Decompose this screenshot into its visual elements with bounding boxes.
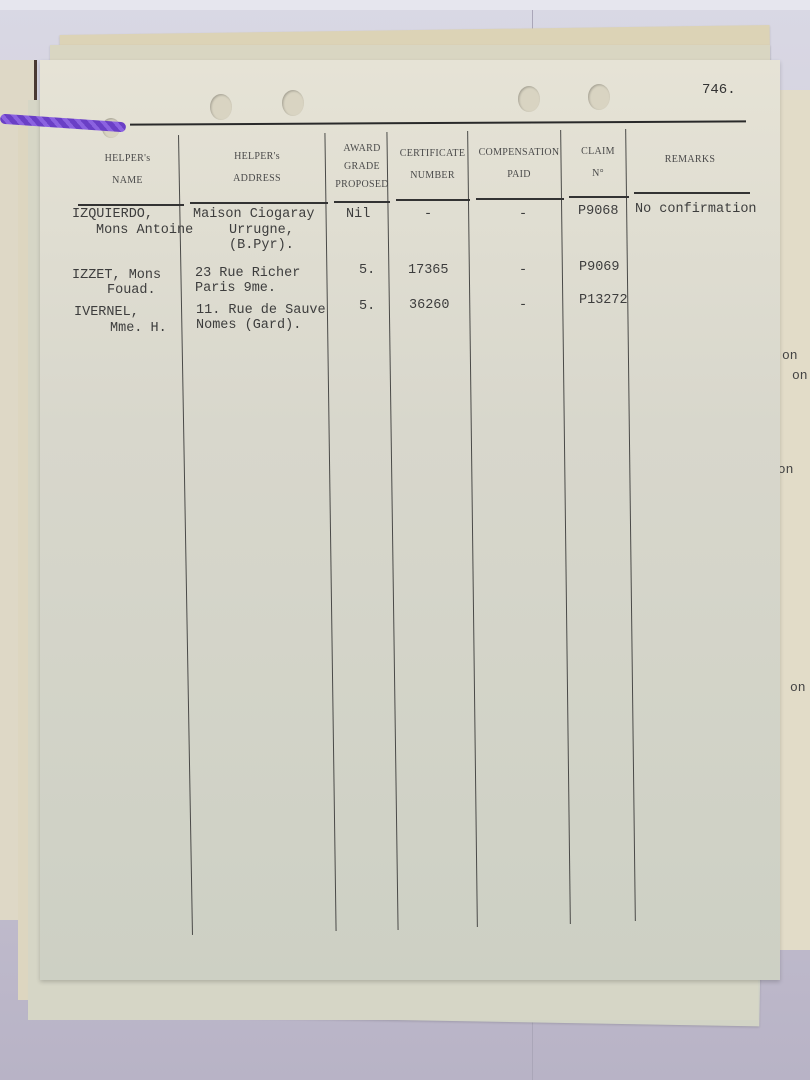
helper-address-cont: Urrugne,: [229, 223, 294, 238]
top-strip: [0, 0, 810, 10]
right-fragment: on: [782, 348, 798, 363]
award-grade: 5.: [359, 299, 375, 314]
header-award-grade: AWARD GRADE PROPOSED: [331, 140, 393, 194]
helper-address-cont: Nomes (Gard).: [196, 318, 301, 333]
header-rule: [334, 201, 390, 203]
compensation-paid: -: [519, 263, 527, 278]
page-number: 746.: [702, 82, 736, 98]
header-line: AWARD: [331, 140, 393, 158]
right-fragment: on: [792, 368, 808, 383]
header-line: PAID: [473, 164, 565, 186]
award-grade: 5.: [359, 263, 375, 278]
header-compensation-paid: COMPENSATION PAID: [473, 142, 565, 186]
helper-address: 23 Rue Richer: [195, 266, 300, 281]
punch-hole: [518, 86, 540, 112]
header-line: REMARKS: [632, 149, 748, 171]
header-line: PROPOSED: [331, 176, 393, 194]
header-rule: [190, 202, 328, 204]
compensation-paid: -: [519, 207, 527, 222]
helper-address-cont: (B.Pyr).: [229, 238, 294, 253]
header-helper-address: HELPER's ADDRESS: [186, 146, 328, 190]
header-certificate-number: CERTIFICATE NUMBER: [393, 143, 472, 187]
header-line: CERTIFICATE: [393, 143, 472, 165]
claim-number: P13272: [579, 293, 628, 308]
helper-name: IVERNEL,: [74, 305, 139, 320]
header-claim-no: CLAIM N°: [566, 141, 630, 185]
header-rule: [634, 192, 750, 194]
header-rule: [476, 198, 564, 200]
remarks: No confirmation: [635, 202, 757, 217]
compensation-paid: -: [519, 298, 527, 313]
claim-number: P9069: [579, 260, 620, 275]
punch-hole: [588, 84, 610, 110]
certificate-number: 17365: [408, 263, 449, 278]
header-rule: [569, 196, 629, 198]
header-line: GRADE: [331, 158, 393, 176]
claim-number: P9068: [578, 204, 619, 219]
helper-name-cont: Mme. H.: [110, 321, 167, 336]
record-sheet: [40, 60, 780, 980]
helper-name-cont: Mons Antoine: [96, 223, 193, 238]
header-line: N°: [566, 163, 630, 185]
helper-address: Maison Ciogaray: [193, 207, 315, 222]
punch-hole: [282, 90, 304, 116]
header-line: NAME: [70, 170, 185, 192]
right-fragment: on: [790, 680, 806, 695]
header-line: ADDRESS: [186, 168, 328, 190]
helper-name: IZZET, Mons: [72, 268, 161, 283]
header-line: HELPER's: [186, 146, 328, 168]
header-rule: [396, 199, 470, 201]
header-rule: [78, 204, 184, 206]
header-line: CLAIM: [566, 141, 630, 163]
certificate-number: 36260: [409, 298, 450, 313]
header-line: HELPER's: [70, 148, 185, 170]
helper-name-cont: Fouad.: [107, 283, 156, 298]
helper-address-cont: Paris 9me.: [195, 281, 276, 296]
punch-hole: [210, 94, 232, 120]
helper-address: 11. Rue de Sauve: [196, 303, 326, 318]
award-grade: Nil: [346, 207, 370, 222]
header-remarks: REMARKS: [632, 149, 748, 171]
header-helper-name: HELPER's NAME: [70, 148, 185, 192]
certificate-number: -: [424, 207, 432, 222]
header-line: NUMBER: [393, 165, 472, 187]
helper-name: IZQUIERDO,: [72, 207, 153, 222]
header-line: COMPENSATION: [473, 142, 565, 164]
